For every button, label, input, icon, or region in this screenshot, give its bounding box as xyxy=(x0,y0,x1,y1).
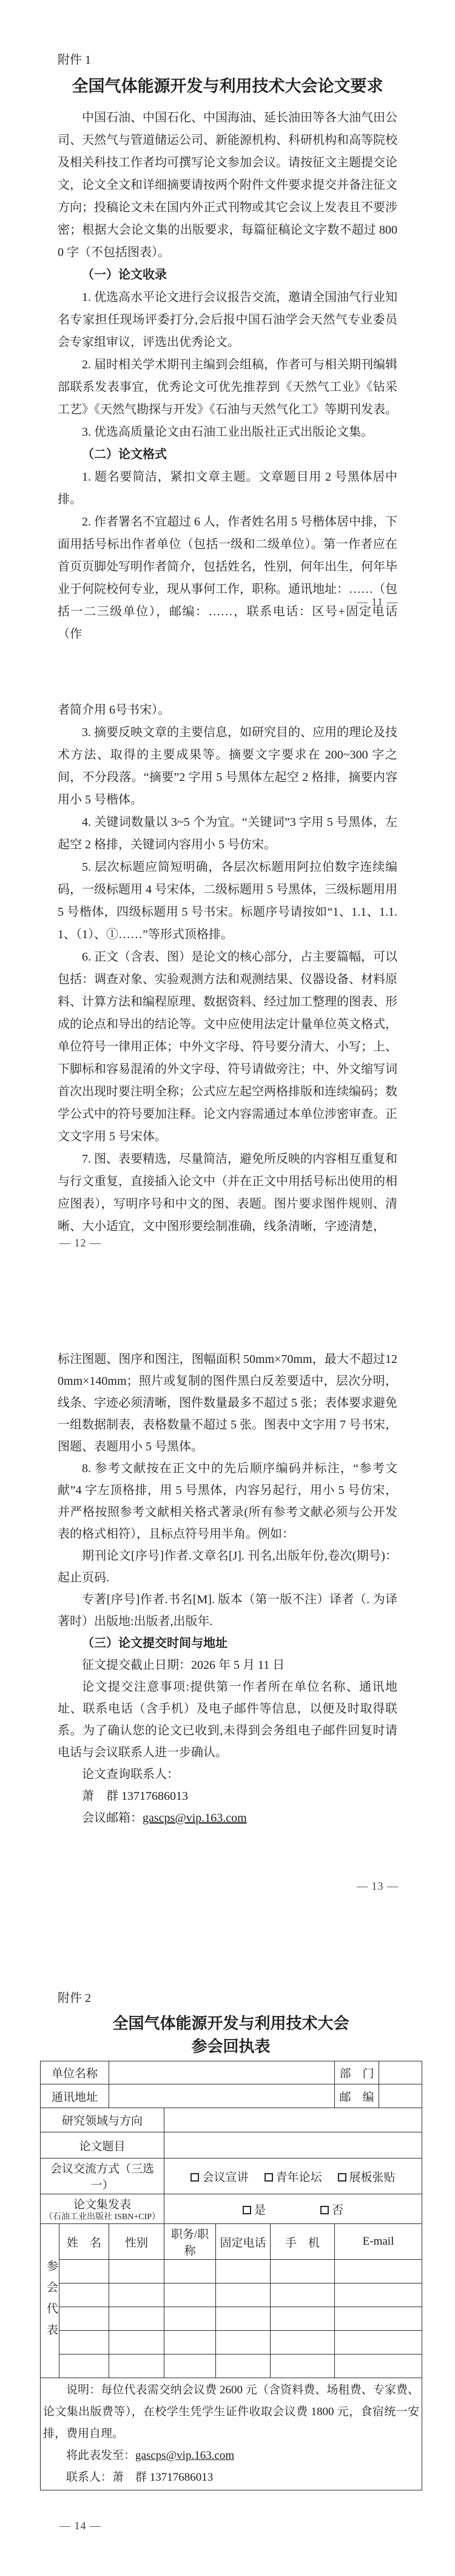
reference-journal-example: 期刊论文[序号]作者.文章名[J]. 刊名,出版年份,卷次(期号)：起止页码. xyxy=(58,1545,397,1589)
delegate-cell[interactable] xyxy=(271,2260,335,2284)
deadline-line: 征文提交截止日期：2026 年 5 月 11 日 xyxy=(58,1654,397,1676)
contact-label: 联系人： xyxy=(66,2471,112,2484)
option-youth-forum: 青年论坛 xyxy=(265,2171,322,2184)
section1-item1: 1. 优选高水平论文进行会议报告交流，邀请全国油气行业知名专家担任现场评委打分,… xyxy=(58,286,397,354)
column-header-phone: 固定电话 xyxy=(216,2224,271,2260)
checkbox-icon[interactable] xyxy=(320,2206,329,2214)
option-label: 是 xyxy=(254,2204,266,2217)
address-input-cell[interactable] xyxy=(109,2084,335,2108)
delegate-cell[interactable] xyxy=(216,2284,271,2307)
section2-item2-continued: 者简介用 6号书宋）。 xyxy=(58,699,397,722)
checkbox-icon[interactable] xyxy=(265,2173,273,2182)
delegates-vertical-label-cell: 参会代表 xyxy=(41,2224,59,2378)
reference-monograph-example: 专著[序号]作者.书名[M]. 版本（第一版不注）译者（. 为译著时）出版地:出… xyxy=(58,1589,397,1632)
delegate-cell[interactable] xyxy=(271,2331,335,2355)
section2-item8: 8. 参考文献按在正文中的先后顺序编码并标注，“参考文献”4 字左顶格排，用 5… xyxy=(58,1458,397,1545)
paper-title-input-cell[interactable] xyxy=(164,2132,422,2158)
section2-item4: 4. 关键词数量以 3~5 个为宜。“关键词”3 字用 5 号黑体，左起空 2 … xyxy=(58,811,397,856)
delegate-cell[interactable] xyxy=(335,2284,422,2307)
delegate-cell[interactable] xyxy=(216,2307,271,2331)
delegate-cell[interactable] xyxy=(109,2307,164,2331)
delegate-cell[interactable] xyxy=(59,2284,109,2307)
form-title-line2: 参会回执表 xyxy=(40,2035,422,2058)
option-no: 否 xyxy=(320,2204,343,2217)
section3-heading: （三）论文提交时间与地址 xyxy=(58,1632,397,1654)
attachment-1-label: 附件 1 xyxy=(58,51,397,69)
delegate-cell[interactable] xyxy=(216,2331,271,2355)
research-field-input-cell[interactable] xyxy=(164,2108,422,2132)
paper-title-label: 论文题目 xyxy=(41,2132,164,2158)
delegate-cell[interactable] xyxy=(164,2331,216,2355)
checkbox-icon[interactable] xyxy=(243,2206,251,2214)
research-field-label: 研究领域与方向 xyxy=(41,2108,164,2132)
option-poster: 展板张贴 xyxy=(338,2171,396,2184)
proceedings-label: 论文集发表 xyxy=(43,2196,161,2212)
exchange-mode-label: 会议交流方式（三选一） xyxy=(41,2158,164,2194)
section2-item7-continued: 标注图题、图序和图注，图幅面积 50mm×70mm，最大不超过120mm×140… xyxy=(58,1348,397,1458)
delegate-cell[interactable] xyxy=(109,2260,164,2284)
send-to-line: 将此表发至：gascps@vip.163.com xyxy=(43,2445,419,2467)
reply-form-table: 单位名称 部 门 通讯地址 邮 编 研究领域与方向 论文题目 会议交流方式（三选… xyxy=(40,2061,422,2490)
option-label: 否 xyxy=(332,2204,343,2217)
send-email-link[interactable]: gascps@vip.163.com xyxy=(135,2449,234,2462)
page-number-11: — 11 — xyxy=(357,596,398,609)
section1-item3: 3. 优选高质量论文由石油工业出版社正式出版论文集。 xyxy=(58,421,397,444)
table-row: 单位名称 部 门 xyxy=(41,2061,422,2084)
exchange-mode-options-cell: 会议宣讲青年论坛展板张贴 xyxy=(164,2158,422,2194)
zip-label: 邮 编 xyxy=(335,2084,379,2108)
send-to-label: 将此表发至： xyxy=(66,2449,135,2462)
page-11: 附件 1 全国气体能源开发与利用技术大会论文要求 中国石油、中国石化、中国海油、… xyxy=(58,51,397,646)
department-input-cell[interactable] xyxy=(379,2061,422,2084)
form-note-cell: 说明：每位代表需交纳会议费 2600 元（含资料费、场租费、专家费、论文集出版费… xyxy=(41,2378,422,2490)
delegate-cell[interactable] xyxy=(335,2307,422,2331)
delegate-cell[interactable] xyxy=(164,2307,216,2331)
column-header-mobile: 手 机 xyxy=(271,2224,335,2260)
fee-note: 说明：每位代表需交纳会议费 2600 元（含资料费、场租费、专家费、论文集出版费… xyxy=(43,2379,419,2445)
option-yes: 是 xyxy=(243,2204,266,2217)
submission-notes: 论文提交注意事项:提供第一作者所在单位名称、通讯地址、联系电话（含手机）及电子邮… xyxy=(58,1676,397,1763)
attachment-2-label: 附件 2 xyxy=(58,1989,422,2007)
delegate-cell[interactable] xyxy=(216,2260,271,2284)
form-title-line1: 全国气体能源开发与利用技术大会 xyxy=(40,2012,422,2035)
delegate-cell[interactable] xyxy=(271,2355,335,2378)
page-number-14: — 14 — xyxy=(59,2520,101,2532)
delegate-cell[interactable] xyxy=(335,2260,422,2284)
unit-name-label: 单位名称 xyxy=(41,2061,109,2084)
checkbox-icon[interactable] xyxy=(338,2173,346,2182)
delegate-cell[interactable] xyxy=(59,2260,109,2284)
delegate-cell[interactable] xyxy=(164,2355,216,2378)
proceedings-sublabel: （石油工业出版社 ISBN+CIP） xyxy=(43,2212,161,2222)
section1-heading: （一）论文收录 xyxy=(58,264,397,286)
address-label: 通讯地址 xyxy=(41,2084,109,2108)
delegate-header-row: 参会代表 姓 名 性别 职务/职称 固定电话 手 机 E-mail xyxy=(41,2224,422,2260)
proceedings-label-cell: 论文集发表 （石油工业出版社 ISBN+CIP） xyxy=(41,2194,164,2224)
delegate-cell[interactable] xyxy=(335,2355,422,2378)
section2-item7: 7. 图、表要精选，尽量简洁，避免所反映的内容相互重复和与行文重复，直接插入论文… xyxy=(58,1148,397,1238)
delegate-cell[interactable] xyxy=(109,2331,164,2355)
delegates-label: 参会代表 xyxy=(43,2260,59,2345)
section2-item2: 2. 作者署名不宜超过 6 人，作者姓名用 5 号楷体居中排，下面用括号标出作者… xyxy=(58,511,397,646)
document-title: 全国气体能源开发与利用技术大会论文要求 xyxy=(58,73,397,100)
checkbox-icon[interactable] xyxy=(190,2173,199,2182)
contact-heading: 论文查询联系人： xyxy=(58,1763,397,1785)
delegate-cell[interactable] xyxy=(335,2331,422,2355)
section1-item2: 2. 届时相关学术期刊主编到会组稿，作者可与相关期刊编辑部联系发表事宜，优秀论文… xyxy=(58,354,397,421)
page-number-12: — 12 — xyxy=(59,1237,101,1249)
section2-heading: （二）论文格式 xyxy=(58,444,397,466)
page-13: 标注图题、图序和图注，图幅面积 50mm×70mm，最大不超过120mm×140… xyxy=(58,1348,397,1829)
section2-item5: 5. 层次标题应简短明确，各层次标题用阿拉伯数字连续编码，一级标题用 4 号宋体… xyxy=(58,856,397,946)
proceedings-options-cell: 是否 xyxy=(164,2194,422,2224)
delegate-empty-row xyxy=(41,2284,422,2307)
column-header-name: 姓 名 xyxy=(59,2224,109,2260)
delegate-cell[interactable] xyxy=(271,2307,335,2331)
delegate-empty-row xyxy=(41,2260,422,2284)
delegate-cell[interactable] xyxy=(109,2355,164,2378)
table-row: 会议交流方式（三选一） 会议宣讲青年论坛展板张贴 xyxy=(41,2158,422,2194)
contact-line: 联系人：萧 群 13717686013 xyxy=(43,2467,419,2489)
delegate-cell[interactable] xyxy=(164,2284,216,2307)
option-label: 会议宣讲 xyxy=(202,2171,248,2184)
delegate-cell[interactable] xyxy=(59,2307,109,2331)
table-row: 通讯地址 邮 编 xyxy=(41,2084,422,2108)
unit-name-input-cell[interactable] xyxy=(109,2061,335,2084)
email-line: 会议邮箱：gascps@vip.163.com xyxy=(58,1807,397,1829)
delegate-cell[interactable] xyxy=(271,2284,335,2307)
email-label: 会议邮箱： xyxy=(82,1811,143,1825)
delegate-cell[interactable] xyxy=(109,2284,164,2307)
option-label: 青年论坛 xyxy=(276,2171,322,2184)
delegate-cell[interactable] xyxy=(216,2355,271,2378)
delegate-empty-row xyxy=(41,2355,422,2378)
note-row: 说明：每位代表需交纳会议费 2600 元（含资料费、场租费、专家费、论文集出版费… xyxy=(41,2378,422,2490)
delegate-empty-row xyxy=(41,2307,422,2331)
option-label: 展板张贴 xyxy=(349,2171,396,2184)
department-label: 部 门 xyxy=(335,2061,379,2084)
intro-paragraph: 中国石油、中国石化、中国海油、延长油田等各大油气田公司、天然气与管道储运公司、新… xyxy=(58,107,397,264)
contact-name: 萧 群 13717686013 xyxy=(58,1785,397,1807)
column-header-email: E-mail xyxy=(335,2224,422,2260)
delegate-cell[interactable] xyxy=(164,2260,216,2284)
page-14: 附件 2 全国气体能源开发与利用技术大会 参会回执表 单位名称 部 门 通讯地址… xyxy=(40,1989,422,2490)
page-number-13: — 13 — xyxy=(357,1880,399,1893)
section2-item1: 1. 题名要简洁，紧扣文章主题。文章题目用 2 号黑体居中排。 xyxy=(58,466,397,511)
delegate-cell[interactable] xyxy=(59,2355,109,2378)
table-row: 论文题目 xyxy=(41,2132,422,2158)
email-link[interactable]: gascps@vip.163.com xyxy=(143,1811,247,1825)
table-row: 论文集发表 （石油工业出版社 ISBN+CIP） 是否 xyxy=(41,2194,422,2224)
contact-value: 萧 群 13717686013 xyxy=(112,2471,213,2484)
column-header-position: 职务/职称 xyxy=(164,2224,216,2260)
page-12: 者简介用 6号书宋）。 3. 摘要反映文章的主要信息，如研究目的、应用的理论及技… xyxy=(58,699,397,1238)
delegate-empty-row xyxy=(41,2331,422,2355)
zip-input-cell[interactable] xyxy=(379,2084,422,2108)
delegate-cell[interactable] xyxy=(59,2331,109,2355)
option-presentation: 会议宣讲 xyxy=(190,2171,248,2184)
section2-item3: 3. 摘要反映文章的主要信息，如研究目的、应用的理论及技术方法、取得的主要成果等… xyxy=(58,722,397,811)
column-header-gender: 性别 xyxy=(109,2224,164,2260)
table-row: 研究领域与方向 xyxy=(41,2108,422,2132)
section2-item6: 6. 正文（含表、图）是论文的核心部分，占主要篇幅，可以包括：调查对象、实验观测… xyxy=(58,946,397,1148)
